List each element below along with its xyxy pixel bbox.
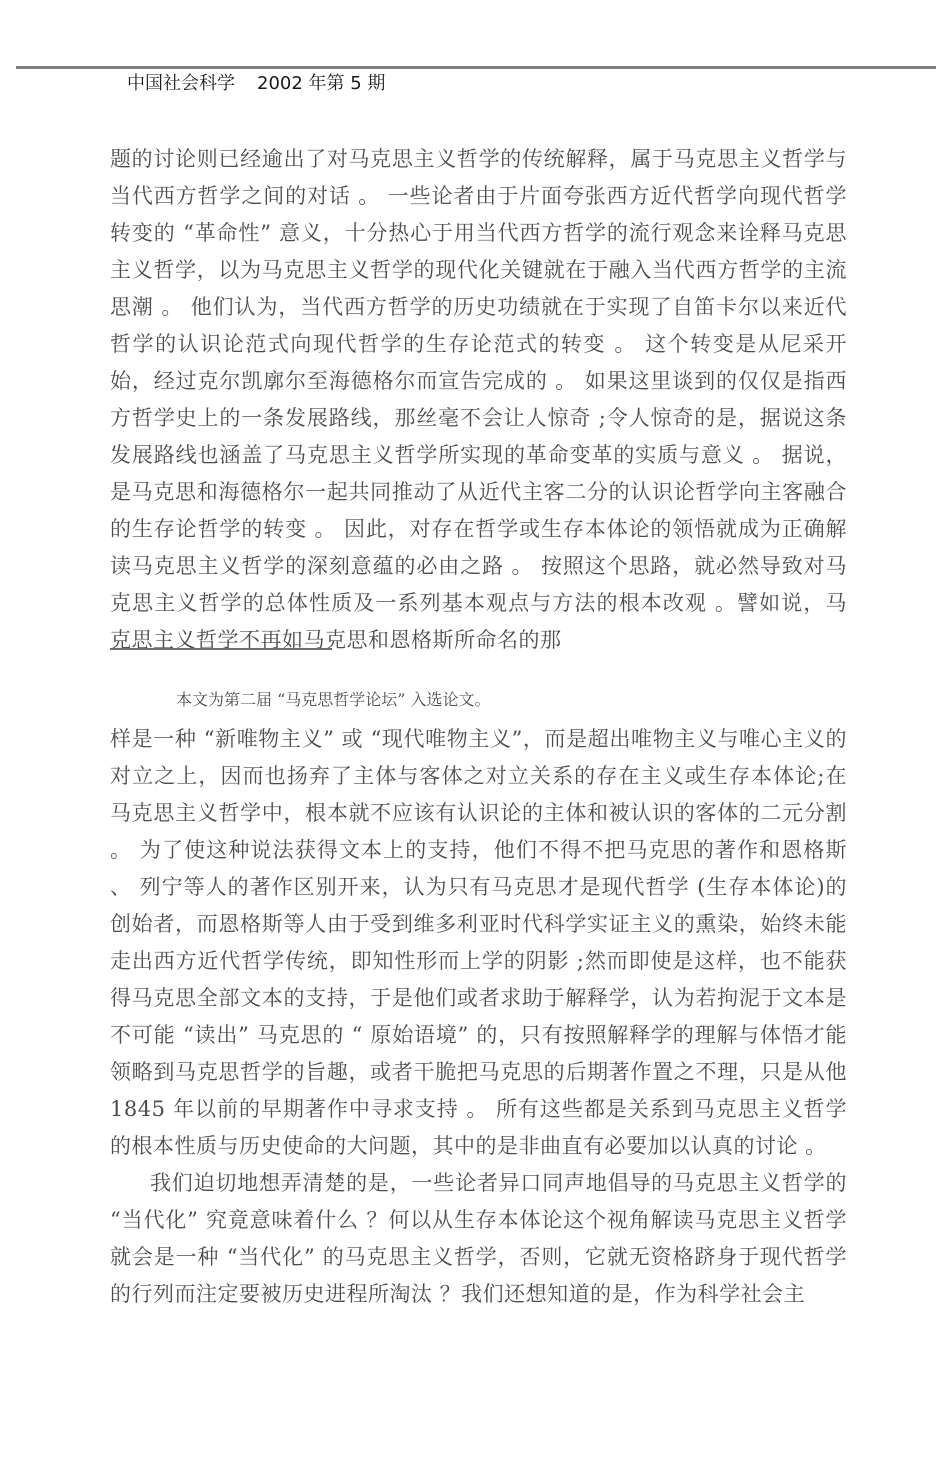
- journal-header: 中国社会科学2002 年第 5 期: [127, 72, 385, 96]
- header-divider-rule: [16, 66, 936, 69]
- journal-page: 中国社会科学2002 年第 5 期 题的讨论则已经逾出了对马克思主义哲学的传统解…: [0, 0, 950, 1482]
- body-text-block-1: 题的讨论则已经逾出了对马克思主义哲学的传统解释，属于马克思主义哲学与当代西方哲学…: [110, 141, 847, 659]
- body-text-block-2: 样是一种 “新唯物主义” 或 “现代唯物主义”，而是超出唯物主义与唯心主义的对立…: [110, 721, 847, 1313]
- footnote-divider-rule: [110, 648, 332, 650]
- paragraph-2: 我们迫切地想弄清楚的是，一些论者异口同声地倡导的马克思主义哲学的 “当代化” 究…: [110, 1165, 847, 1313]
- journal-issue-info: 2002 年第 5 期: [257, 73, 385, 94]
- paragraph-1-part-a: 题的讨论则已经逾出了对马克思主义哲学的传统解释，属于马克思主义哲学与当代西方哲学…: [110, 141, 847, 659]
- journal-title: 中国社会科学: [127, 73, 235, 94]
- footnote-text: 本文为第二届 “马克思哲学论坛” 入选论文。: [176, 689, 491, 711]
- paragraph-1-part-b: 样是一种 “新唯物主义” 或 “现代唯物主义”，而是超出唯物主义与唯心主义的对立…: [110, 721, 847, 1165]
